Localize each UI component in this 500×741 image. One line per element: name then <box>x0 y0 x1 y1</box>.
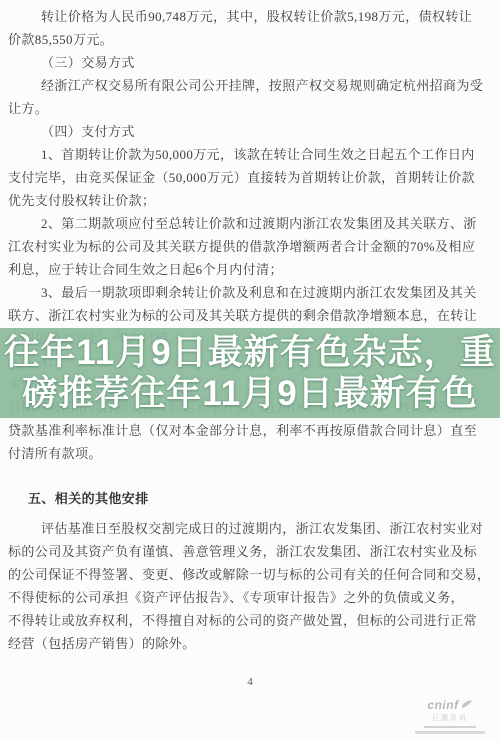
document-line: 不得转让或放弃权利，不得擅自对标的公司的资产做处置，但标的公司进行正常 <box>8 609 490 632</box>
cninfo-swoosh-icon <box>461 698 473 712</box>
document-line: 付清所有款项。 <box>8 442 490 465</box>
document-line: 评估基准日至股权交割完成日的过渡期内，浙江农发集团、浙江农村实业对 <box>8 517 490 540</box>
watermark-url-bar <box>415 731 485 734</box>
promo-banner-text-line2: 磅推荐往年11月9日最新有色 <box>22 373 477 414</box>
document-line: 的公司保证不得签署、变更、修改或解除一切与标的公司有关的任何合同和交易， <box>8 563 490 586</box>
promo-banner-text-line1: 往年11月9日最新有色杂志，重 <box>4 332 495 373</box>
document-page: 转让价格为人民币90,748万元，其中，股权转让价款5,198万元，债权转让价款… <box>0 0 500 741</box>
cninfo-logo-text: cninf <box>427 698 458 712</box>
document-line: （三）交易方式 <box>8 51 490 74</box>
document-line: 经浙江产权交易所有限公司公开挂牌，按照产权交易规则确定杭州招商为受 <box>8 74 490 97</box>
watermark-divider <box>424 726 476 728</box>
document-line: 支付完毕，由竞买保证金（50,000万元）直接转为首期转让价款，首期转让价款 <box>8 166 490 189</box>
document-line: 经营（包括房产销售）的除外。 <box>8 632 490 655</box>
document-line: 标的公司及其资产负有谨慎、善意管理义务，浙江农发集团、浙江农村实业及标 <box>8 540 490 563</box>
document-line: 利息，应于转让合同生效之日起6个月内付清； <box>8 258 490 281</box>
cninfo-cn-label: 巨潮资讯 <box>410 713 490 723</box>
page-number: 4 <box>0 676 500 688</box>
promo-banner-overlay[interactable]: 往年11月9日最新有色杂志，重 磅推荐往年11月9日最新有色 <box>0 328 500 418</box>
document-line: 贷款基准利率标准计息（仅对本金部分计息，利率不再按原借款合同计息）直至 <box>8 419 490 442</box>
document-line: 转让价格为人民币90,748万元，其中，股权转让价款5,198万元，债权转让 <box>8 5 490 28</box>
document-line: 让方。 <box>8 97 490 120</box>
cninfo-logo: cninf <box>410 698 490 712</box>
document-line: 1、首期转让价款为50,000万元，该款在转让合同生效之日起五个工作日内 <box>8 143 490 166</box>
document-line: 2、第二期款项应付至总转让价款和过渡期内浙江农发集团及其关联方、浙 <box>8 212 490 235</box>
document-line: 江农村实业为标的公司及其关联方提供的借款净增额两者合计金额的70%及相应 <box>8 235 490 258</box>
document-line: 优先支付股权转让价款； <box>8 189 490 212</box>
document-line: 联方、浙江农村实业为标的公司及其关联方提供的剩余借款净增额本息，在转让 <box>8 304 490 327</box>
document-line: （四）支付方式 <box>8 120 490 143</box>
document-line: 五、相关的其他安排 <box>8 487 490 510</box>
document-line: 不得使标的公司承担《资产评估报告》、《专项审计报告》之外的负债或义务， <box>8 586 490 609</box>
document-line: 价款85,550万元。 <box>8 28 490 51</box>
document-line: 3、最后一期款项即剩余转让价款及利息和在过渡期内浙江农发集团及其关 <box>8 281 490 304</box>
cninfo-watermark: cninf 巨潮资讯 <box>410 698 490 734</box>
